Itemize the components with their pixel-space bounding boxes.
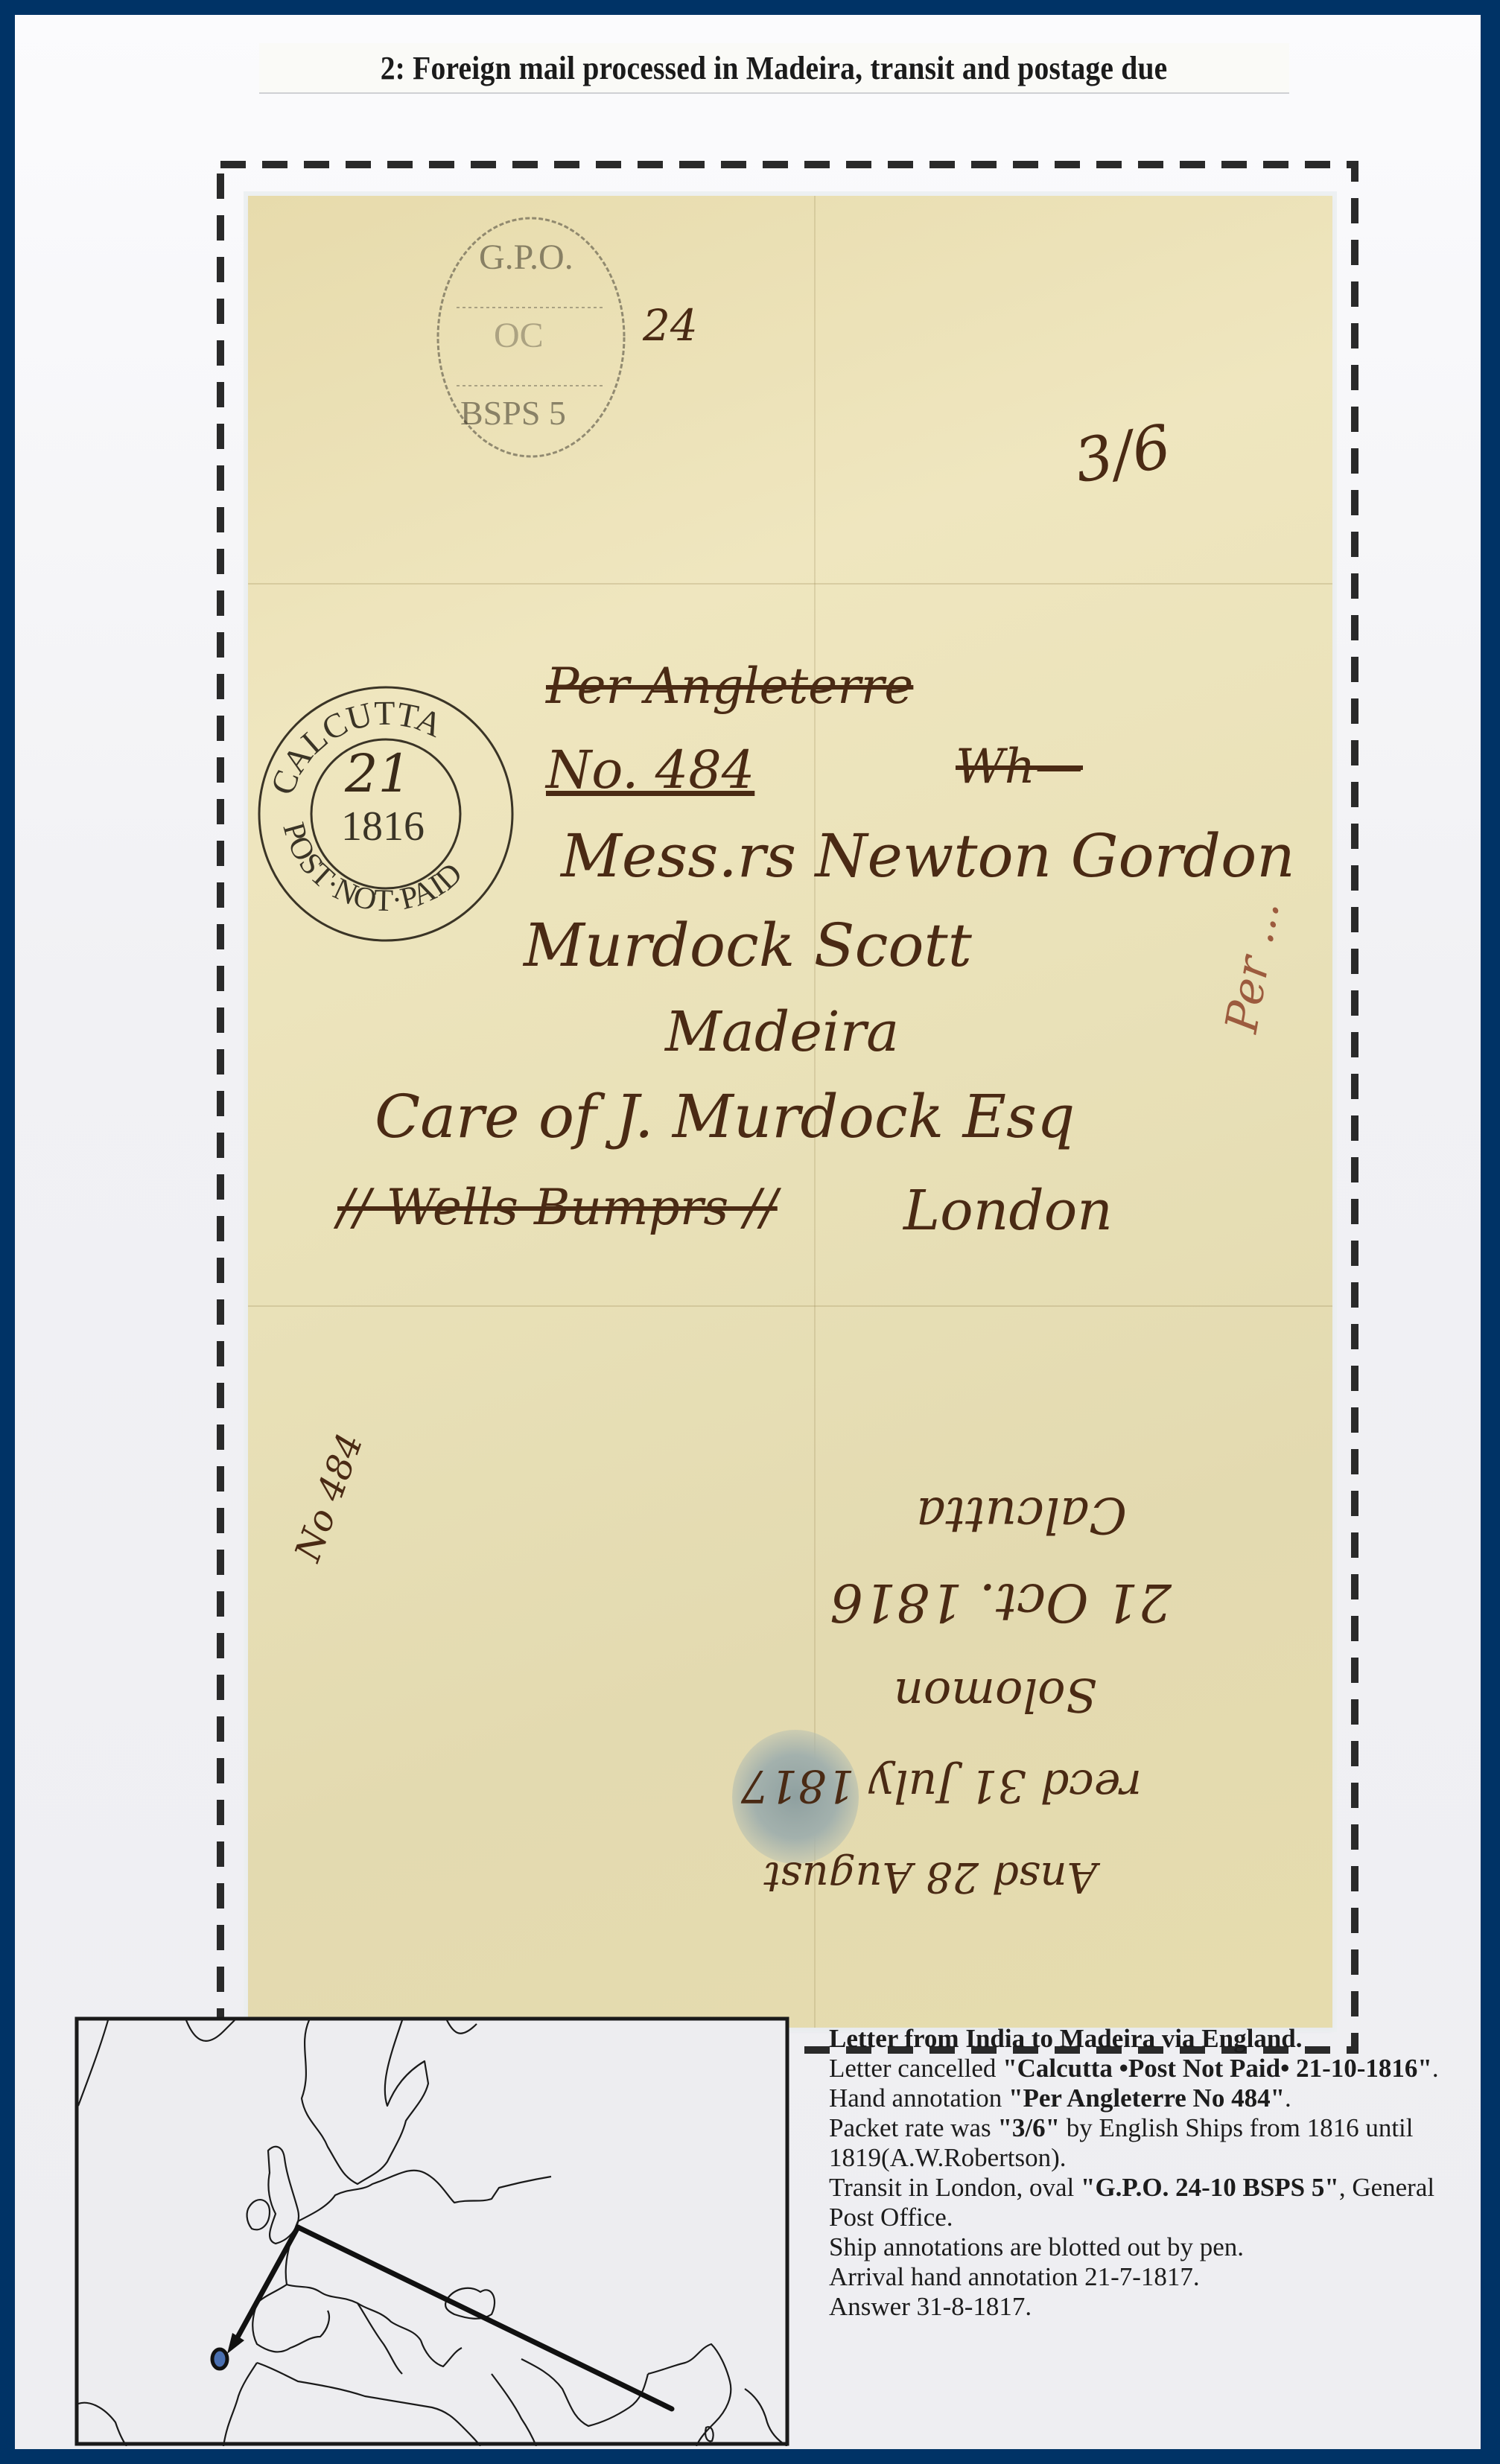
exhibit-page: 2: Foreign mail processed in Madeira, tr… bbox=[15, 15, 1481, 2449]
red-margin-note: Per ... bbox=[1215, 897, 1290, 1037]
inverted-docket: Calcutta 21 Oct. 1816 Solomon recd 31 Ju… bbox=[732, 1417, 1216, 1976]
postal-cover: G.P.O. OC BSPS 5 24 3/6 CALCUTTA POST·NO… bbox=[248, 196, 1332, 2028]
docket-date: 21 Oct. 1816 bbox=[830, 1572, 1172, 1633]
fold-line bbox=[248, 1305, 1332, 1307]
gpo-postmark-line2: OC bbox=[494, 315, 544, 356]
madeira-marker bbox=[212, 2349, 227, 2369]
caption-text: . bbox=[1432, 2054, 1439, 2083]
caption-line-5: Ship annotations are blotted out by pen. bbox=[829, 2232, 1484, 2262]
docket-name: Solomon bbox=[894, 1668, 1097, 1722]
caption-line-6: Arrival hand annotation 21-7-1817. bbox=[829, 2262, 1484, 2292]
caption-text: . bbox=[1285, 2083, 1291, 2113]
postmark-year: 1816 bbox=[341, 803, 425, 850]
addressee-line-2: Murdock Scott bbox=[524, 911, 972, 980]
cover-mount-frame: G.P.O. OC BSPS 5 24 3/6 CALCUTTA POST·NO… bbox=[216, 160, 1359, 2054]
calcutta-postmark: CALCUTTA POST·NOT·PAID 21 1816 bbox=[252, 680, 520, 948]
annotation-london: London bbox=[903, 1179, 1113, 1243]
care-of-line: Care of J. Murdock Esq bbox=[375, 1082, 1075, 1151]
caption-quote: "Per Angleterre No 484" bbox=[1008, 2083, 1285, 2113]
annotation-no-484: No. 484 bbox=[546, 739, 754, 800]
caption-text: Letter cancelled bbox=[829, 2054, 1002, 2083]
title-banner: 2: Foreign mail processed in Madeira, tr… bbox=[259, 43, 1289, 94]
caption-line-3: Packet rate was "3/6" by English Ships f… bbox=[829, 2113, 1484, 2173]
caption-line-4: Transit in London, oval "G.P.O. 24-10 BS… bbox=[829, 2173, 1484, 2232]
gpo-oval-postmark: G.P.O. OC BSPS 5 bbox=[434, 214, 628, 460]
caption-quote: "G.P.O. 24-10 BSPS 5" bbox=[1081, 2173, 1339, 2202]
caption-line-7: Answer 31-8-1817. bbox=[829, 2292, 1484, 2322]
caption-line-1: Letter cancelled "Calcutta •Post Not Pai… bbox=[829, 2054, 1484, 2083]
margin-note-484: No 484 bbox=[287, 1428, 371, 1567]
struck-ship-name: Wh— bbox=[956, 739, 1083, 795]
caption-text: Transit in London, oval bbox=[829, 2173, 1081, 2202]
addressee-line-1: Mess.rs Newton Gordon bbox=[561, 821, 1295, 891]
gpo-postmark-line1: G.P.O. bbox=[479, 237, 573, 278]
destination-madeira: Madeira bbox=[665, 1000, 899, 1064]
caption-quote: "Calcutta •Post Not Paid• 21-10-1816" bbox=[1002, 2054, 1432, 2083]
docket-received: recd 31 July 1817 bbox=[741, 1760, 1142, 1812]
docket-answered: Ansd 28 August bbox=[763, 1853, 1097, 1901]
handwritten-rate: 3/6 bbox=[1070, 412, 1176, 497]
caption-text: Packet rate was bbox=[829, 2113, 997, 2142]
caption-line-2: Hand annotation "Per Angleterre No 484". bbox=[829, 2083, 1484, 2113]
postmark-day: 21 bbox=[345, 743, 411, 804]
caption-quote: "3/6" bbox=[997, 2113, 1060, 2142]
struck-line: // Wells Bumprs // bbox=[337, 1179, 778, 1236]
caption-heading: Letter from India to Madeira via England… bbox=[829, 2024, 1484, 2054]
handwritten-24: 24 bbox=[643, 300, 698, 351]
route-map bbox=[74, 2016, 789, 2446]
page-title: 2: Foreign mail processed in Madeira, tr… bbox=[381, 49, 1168, 87]
docket-calcutta: Calcutta bbox=[916, 1486, 1127, 1544]
caption-text: Hand annotation bbox=[829, 2083, 1008, 2113]
caption-heading-text: Letter from India to Madeira via England… bbox=[829, 2024, 1303, 2053]
annotation-per-angleterre: Per Angleterre bbox=[546, 658, 913, 715]
fold-line bbox=[248, 583, 1332, 585]
gpo-postmark-line3: BSPS 5 bbox=[460, 393, 566, 433]
exhibit-caption: Letter from India to Madeira via England… bbox=[829, 2024, 1484, 2322]
